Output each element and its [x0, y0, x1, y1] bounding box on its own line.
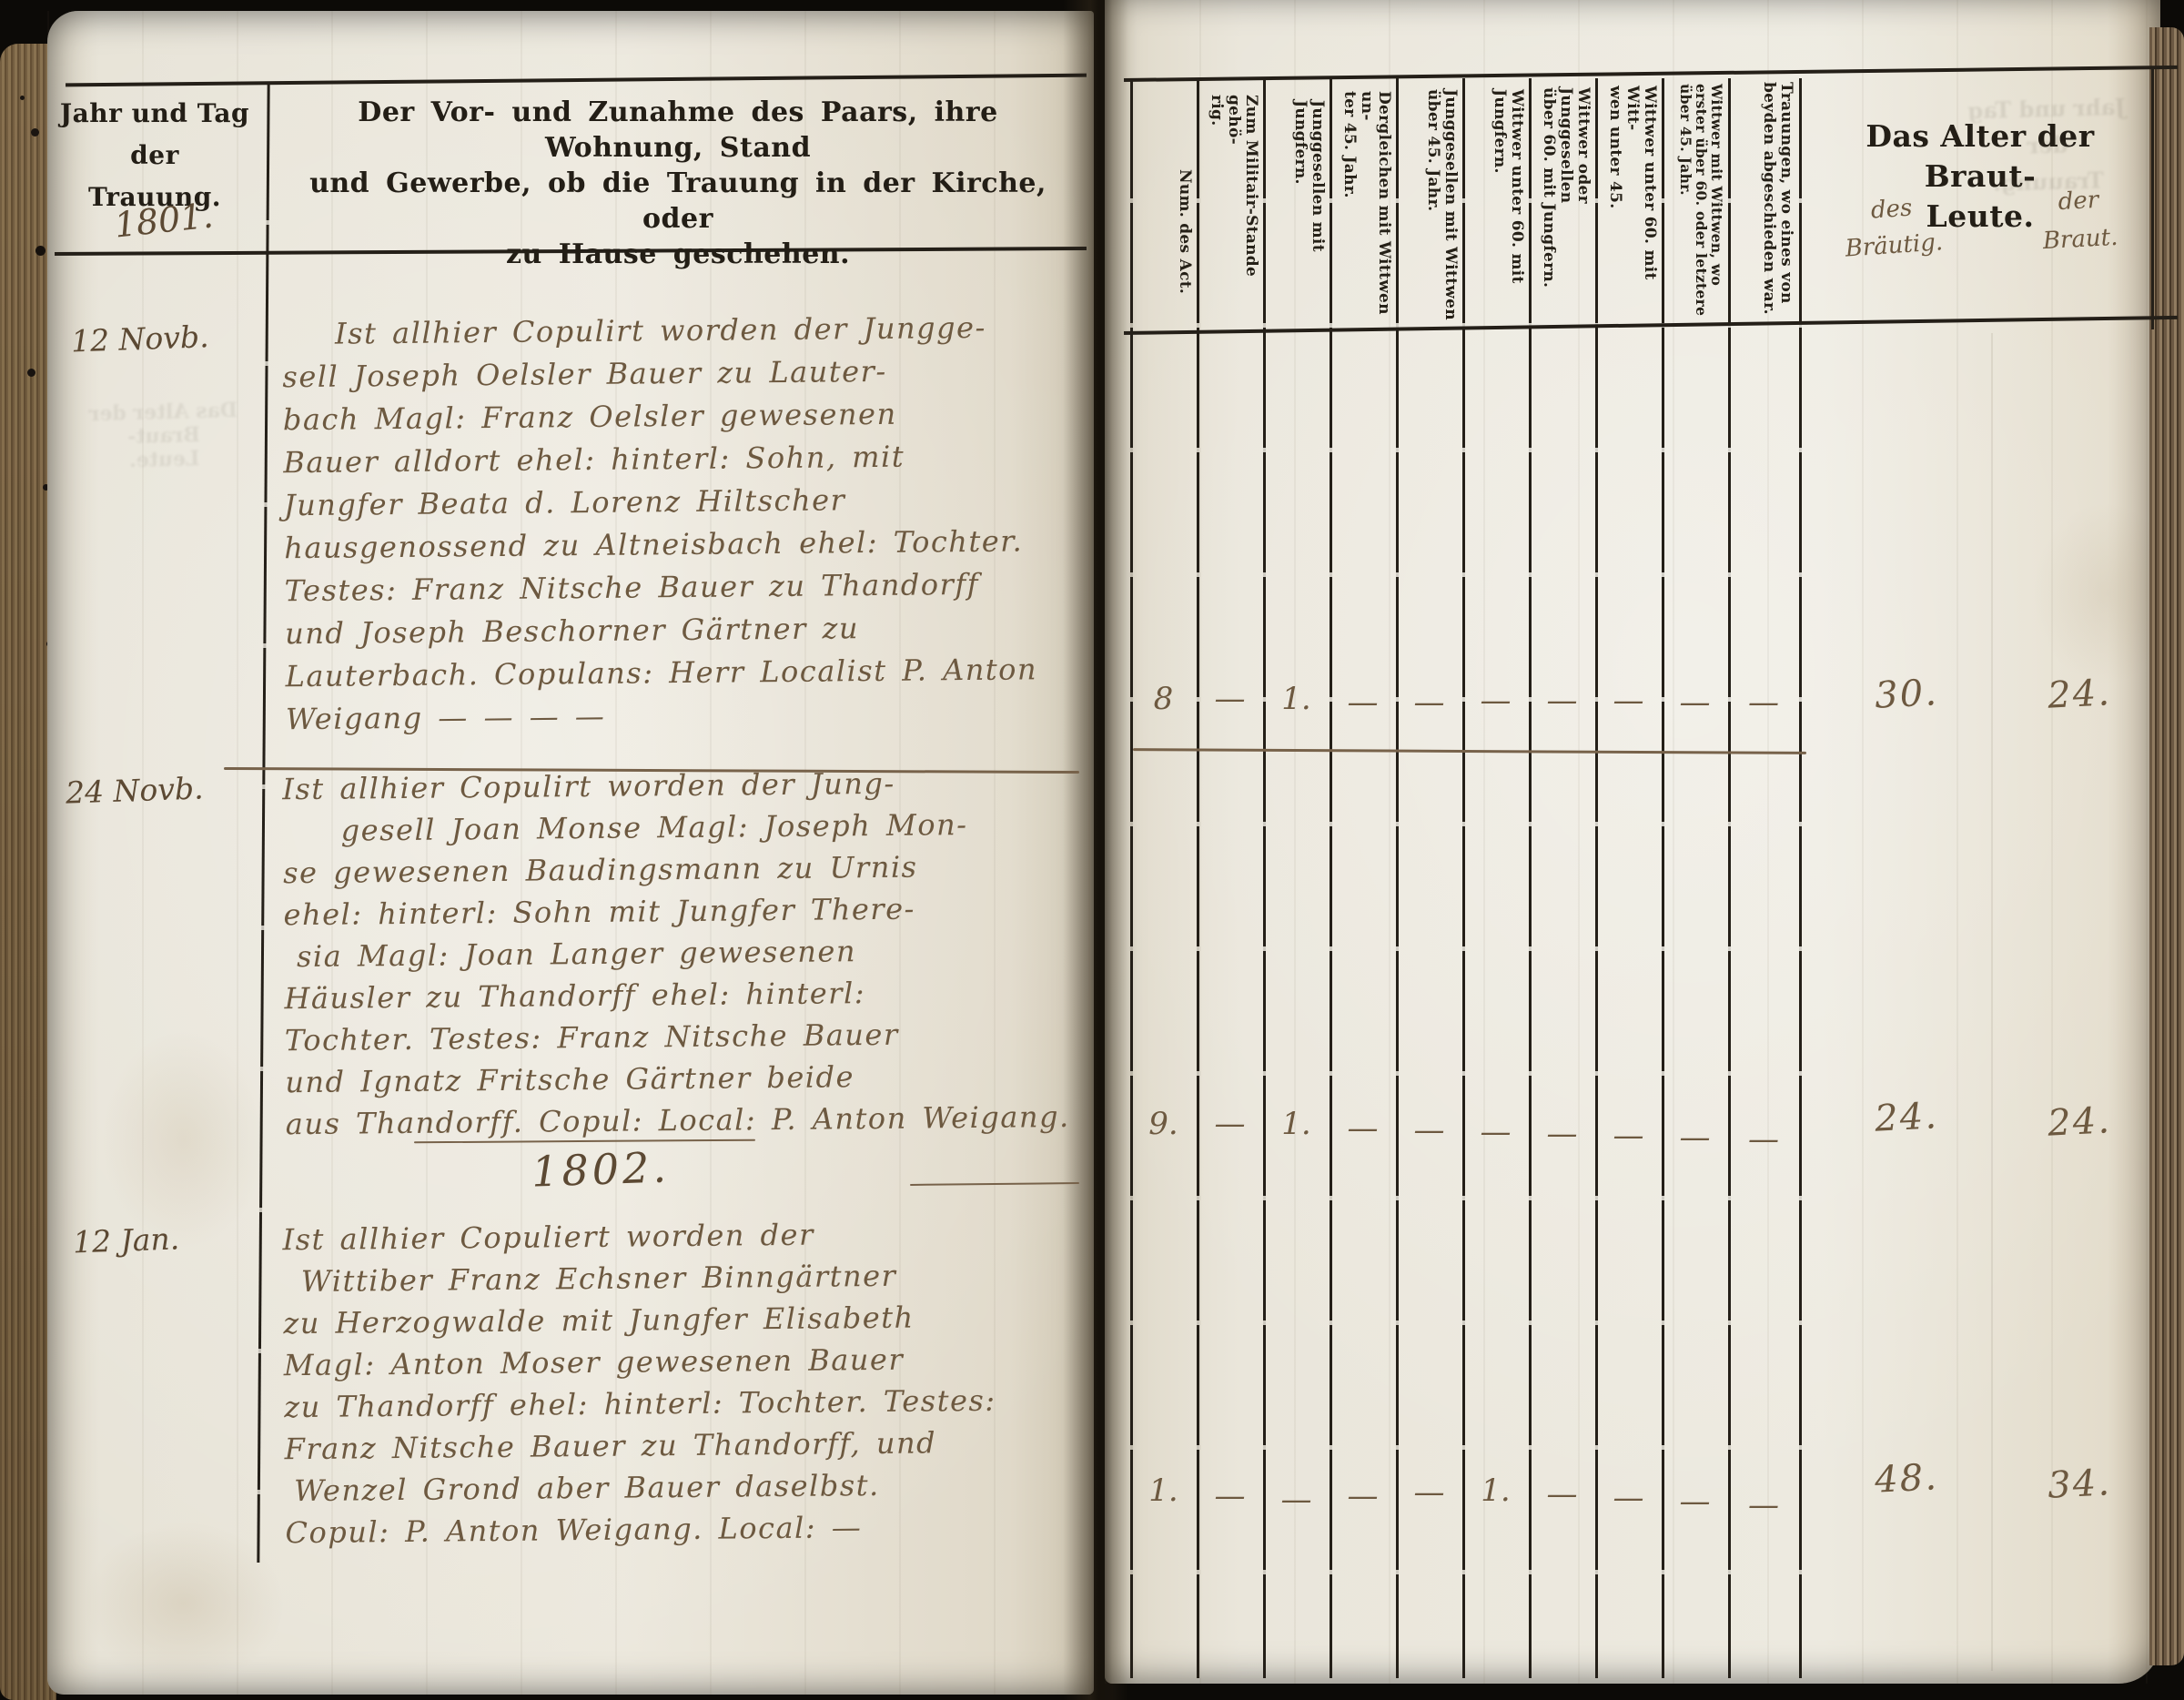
entry-date: 12 Novb.: [70, 318, 253, 359]
tally-cell: —: [1396, 684, 1462, 721]
entry-text: Ist allhier Copulirt worden der Jung- ge…: [282, 761, 1087, 1145]
paper-stain: [102, 1030, 266, 1249]
entry-line: und Joseph Beschorner Gärtner zu: [285, 605, 1086, 655]
column-header-line: Trauungen, wo eines von: [1777, 82, 1795, 319]
age-box-right-border: [2151, 69, 2154, 329]
right-fore-edge-page-stack: [2149, 27, 2184, 1665]
entry-line: Ist allhier Copulirt worden der Jungge-: [282, 306, 1083, 356]
entry-line: sell Joseph Oelsler Bauer zu Lauter-: [282, 349, 1083, 399]
entry-text: Ist allhier Copuliert worden der Wittibe…: [282, 1211, 1086, 1553]
table-vline: [1595, 78, 1598, 1678]
date-header-line: der: [55, 135, 255, 177]
column-header-line: Num. des Act.: [1176, 169, 1193, 393]
main-column-header: Der Vor- und Zunahme des Paars, ihre Woh…: [273, 95, 1083, 272]
groom-age: 30.: [1837, 670, 1976, 719]
tally-cell: —: [1662, 1119, 1728, 1156]
entry-line: Weigang — — — —: [286, 691, 1087, 741]
column-header-line: Wittwer oder Junggesellen: [1557, 87, 1592, 322]
column-header-line: über 60. mit Jungfern.: [1540, 87, 1557, 322]
column-header-line: erster über 60. oder letztere: [1694, 84, 1709, 320]
tally-cell: —: [1529, 1476, 1595, 1513]
column-header-line: Wittwer unter 60. mit Witt-: [1623, 86, 1658, 320]
table-vline: [1197, 78, 1199, 1678]
column-header-line: Zum Militair-Stande gehö-: [1225, 95, 1259, 324]
tally-cell: —: [1595, 1118, 1662, 1154]
tally-cell: —: [1462, 683, 1529, 719]
date-header-line: Jahr und Tag: [55, 93, 255, 135]
tally-cell: —: [1662, 684, 1728, 721]
age-columns-crease: [1991, 333, 1993, 1671]
age-subheader-line: Braut.: [2011, 217, 2149, 262]
groom-age: 48.: [1837, 1454, 1976, 1503]
tally-cell: 1.: [1263, 681, 1330, 717]
column-header-line: beyden abgeschieden war.: [1760, 82, 1777, 319]
tally-cell: 9.: [1130, 1106, 1197, 1142]
age-subheader-groom: des Bräutig.: [1817, 187, 1967, 269]
column-header-num-des-act: Num. des Act.: [1137, 102, 1193, 393]
entry-line: Jungfer Beata d. Lorenz Hiltscher: [284, 477, 1085, 527]
column-header-wittwer-u60-jungfern: Wittwer unter 60. mit Jungfern.: [1469, 89, 1525, 322]
main-header-line: und Gewerbe, ob die Trauung in der Kirch…: [273, 166, 1083, 237]
tally-cell: —: [1396, 1474, 1462, 1511]
tally-cell: —: [1330, 1110, 1396, 1147]
tally-cell: 8: [1130, 681, 1197, 717]
entry-line: hausgenossend zu Altneisbach ehel: Tocht…: [284, 520, 1085, 570]
tally-cell: 1.: [1130, 1472, 1197, 1509]
column-header-line: über 45. Jahr.: [1678, 84, 1694, 320]
column-header-line: Junggesellen mit Jungfern.: [1291, 100, 1326, 329]
table-vline: [1330, 78, 1332, 1678]
entry-line: Testes: Franz Nitsche Bauer zu Thandorff: [284, 562, 1085, 612]
tally-cell: —: [1197, 681, 1263, 717]
tally-cell: —: [1197, 1106, 1263, 1142]
tally-cell: —: [1728, 684, 1799, 721]
table-vline: [1462, 78, 1465, 1678]
entry-line: aus Thandorff. Copul: Local: P. Anton We…: [286, 1096, 1087, 1145]
tally-cell: —: [1330, 1478, 1396, 1514]
age-subheader-bride: der Braut.: [2009, 178, 2149, 262]
column-header-line: rig.: [1208, 95, 1225, 324]
column-header-line: Dergleichen mit Wittwen un-: [1358, 91, 1392, 324]
tally-cell: —: [1595, 1480, 1662, 1516]
tally-cell: —: [1529, 683, 1595, 719]
column-header-wittwer-oder-junggesellen-ue60: Wittwer oder Junggesellen über 60. mit J…: [1535, 87, 1592, 322]
tally-cell: 1.: [1462, 1472, 1529, 1509]
entry-text: Ist allhier Copulirt worden der Jungge- …: [282, 306, 1087, 741]
tally-cell: —: [1396, 1112, 1462, 1149]
tally-cell: 1.: [1263, 1106, 1330, 1142]
column-header-junggesellen-jungfern: Junggesellen mit Jungfern.: [1269, 95, 1326, 329]
tally-cell: —: [1595, 683, 1662, 719]
tally-cell: —: [1263, 1482, 1330, 1518]
column-header-line: Wittwer unter 60. mit: [1508, 89, 1525, 322]
column-header-militair: Zum Militair-Stande gehö- rig.: [1203, 95, 1259, 324]
bride-age: 24.: [2015, 670, 2144, 718]
entry-line: Lauterbach. Copulans: Herr Localist P. A…: [285, 648, 1086, 698]
tally-cell: —: [1330, 684, 1396, 721]
entry-line: Bauer alldort ehel: hinterl: Sohn, mit: [283, 434, 1084, 484]
bride-age: 24.: [2015, 1098, 2144, 1146]
tally-cell: —: [1197, 1478, 1263, 1514]
column-header-wittwer-u60-wittwen-u45: Wittwer unter 60. mit Witt- wen unter 45…: [1602, 86, 1658, 320]
column-header-trauungen-abgeschieden: Trauungen, wo eines von beyden abgeschie…: [1734, 82, 1795, 319]
entry-line: gesell Joan Monse Magl: Joseph Mon-: [282, 803, 1083, 852]
entry-line: bach Magl: Franz Oelsler gewesenen: [283, 391, 1084, 441]
column-header-wittwer-mit-wittwen: Wittwer mit Wittwen, wo erster über 60. …: [1664, 84, 1724, 320]
tally-cell: —: [1662, 1483, 1728, 1520]
register-photo: Das Alter der Braut- Leute. Jahr und Tag…: [0, 0, 2184, 1700]
groom-age: 24.: [1837, 1093, 1976, 1142]
tally-cell: —: [1529, 1116, 1595, 1152]
tally-cell: —: [1728, 1487, 1799, 1523]
entry-line: zu Thandorff ehel: hinterl: Tochter. Tes…: [284, 1379, 1085, 1428]
column-header-line: Wittwer mit Wittwen, wo: [1709, 84, 1724, 320]
table-vline: [1799, 78, 1802, 1678]
column-header-line: ter 45. Jahr.: [1340, 91, 1358, 324]
ink-specks: [20, 96, 25, 100]
tally-cell: —: [1462, 1114, 1529, 1150]
bride-age: 34.: [2015, 1460, 2144, 1508]
year-1802: 1802.: [472, 1140, 729, 1199]
entry-date: 12 Jan.: [72, 1219, 255, 1260]
table-vline: [1396, 78, 1399, 1678]
column-header-junggesellen-wittwen-ue45: Junggesellen mit Wittwen über 45. Jahr.: [1402, 89, 1459, 322]
main-header-line: zu Hause geschehen.: [273, 237, 1083, 272]
paper-stain: [84, 1522, 284, 1685]
column-header-dergleichen-wittwen-u45: Dergleichen mit Wittwen un- ter 45. Jahr…: [1336, 91, 1392, 324]
main-header-line: Der Vor- und Zunahme des Paars, ihre Woh…: [273, 95, 1083, 166]
table-vline: [1130, 78, 1133, 1678]
table-vline: [1728, 78, 1731, 1678]
column-header-line: Jungfern.: [1491, 89, 1508, 322]
tally-cell: —: [1728, 1121, 1799, 1158]
column-header-line: Junggesellen mit Wittwen: [1441, 89, 1459, 322]
column-header-line: über 45. Jahr.: [1424, 89, 1441, 322]
entry-line: Copul: P. Anton Weigang. Local: —: [285, 1504, 1086, 1553]
table-vline: [1263, 78, 1266, 1678]
table-vline: [1529, 78, 1532, 1678]
entry-date: 24 Novb.: [65, 768, 257, 810]
column-header-line: wen unter 45.: [1606, 86, 1623, 320]
